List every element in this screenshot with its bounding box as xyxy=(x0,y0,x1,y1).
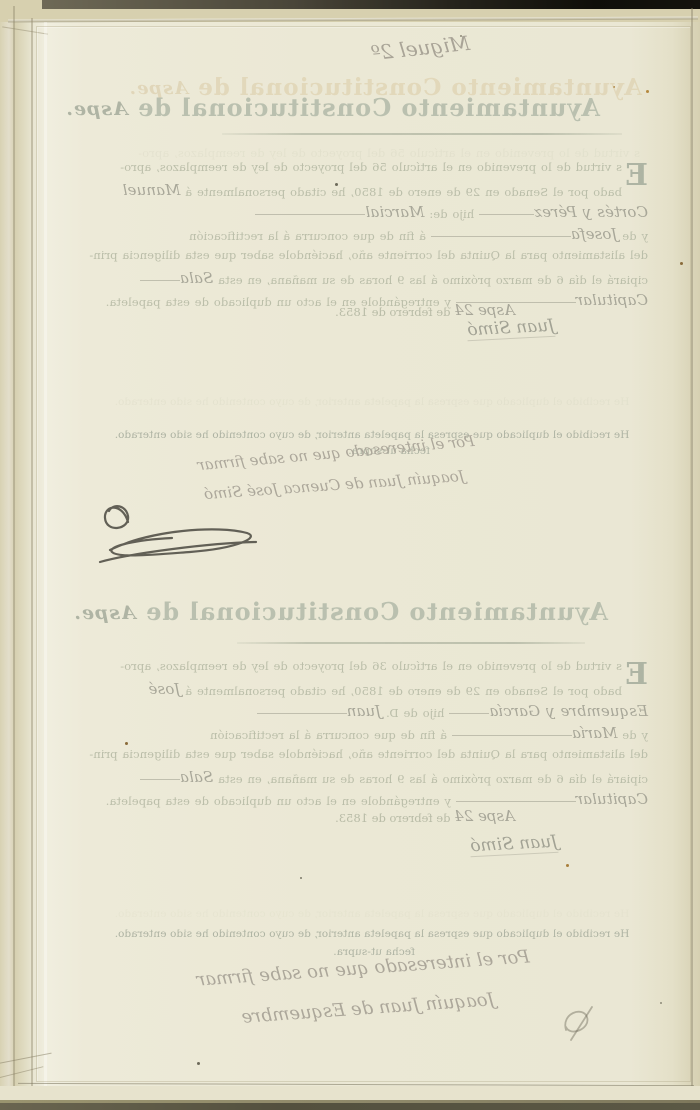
signature-rubric-flourish xyxy=(90,492,270,570)
form1-body-line: bado por el Senado en 29 de enero de 185… xyxy=(88,182,648,204)
printed-text: y de xyxy=(618,728,648,742)
form2-body-line: y de María á fin de que concurra á la re… xyxy=(88,725,648,747)
handwritten-fill: María xyxy=(572,724,618,742)
form2-body-line: cipiará el día 6 de marzo próximo á las … xyxy=(88,769,648,791)
form2-date-line: Aspe 24 de febrero de 1853. xyxy=(335,808,515,826)
form2-body-line: s virtud de lo prevenido en el artículo … xyxy=(88,659,648,681)
form1-date-line: Aspe 24 de febrero de 1853. xyxy=(335,302,515,320)
margin-note-handwritten: Miguel 2º xyxy=(370,31,471,65)
blank-rule xyxy=(456,800,576,802)
printed-text: hijo de D. xyxy=(381,706,449,720)
blank-rule xyxy=(257,712,347,714)
printed-text: y entregándole en el acto un duplicado d… xyxy=(106,794,456,808)
form2-body-line: del alistamiento para la Quinta del corr… xyxy=(88,747,648,769)
printed-text: s virtud de lo prevenido en el artículo … xyxy=(138,146,640,160)
form1-body-line: s virtud de lo prevenido en el artículo … xyxy=(88,160,648,182)
blank-rule xyxy=(255,213,365,215)
handwritten-fill: José xyxy=(148,680,180,698)
form2-body-paragraph: s virtud de lo prevenido en el artículo … xyxy=(88,659,648,813)
printed-text: del alistamiento para la Quinta del corr… xyxy=(89,248,648,262)
printed-text: bado por el Senado en 29 de enero de 185… xyxy=(180,185,622,199)
scanned-page: Miguel 2º Ayuntamiento Constitucional de… xyxy=(0,0,700,1110)
handwritten-fill: Sala xyxy=(180,269,213,287)
handwritten-fill: Sala xyxy=(180,768,213,786)
printed-text: y de xyxy=(618,229,648,243)
printed-text: de febrero de 1853. xyxy=(335,811,454,825)
handwritten-fill: Esquembre y García xyxy=(489,702,648,720)
handwritten-fill: Aspe. xyxy=(73,602,135,624)
printed-text: cipiará el día 6 de marzo próximo á las … xyxy=(213,273,648,287)
blank-rule xyxy=(479,213,534,215)
printed-text: s virtud de lo prevenido en el artículo … xyxy=(120,659,622,673)
form1-body-line: y de Josefa á fin de que concurra á la r… xyxy=(88,226,648,248)
printed-text: á fin de que concurra á la rectificación xyxy=(210,728,452,742)
handwritten-fill: Aspe 24 xyxy=(454,807,515,825)
form1-signature: Juan Simó xyxy=(467,316,556,342)
form2-body-line: bado por el Senado en 29 de enero de 185… xyxy=(88,681,648,703)
handwritten-fill: Marcial xyxy=(365,203,424,221)
handwritten-fill: Juan xyxy=(347,702,382,720)
form1-receipt-clause: He recibido el duplicado que espresa la … xyxy=(104,429,640,441)
form2-receipt-handwriting-2: Joaquín Juan de Esquembre xyxy=(241,989,496,1028)
printed-text: Ayuntamiento Constitucional de xyxy=(128,93,600,122)
blank-rule xyxy=(431,235,571,237)
printed-text: á fin de que concurra á la rectificación xyxy=(189,229,431,243)
printed-text: del alistamiento para la Quinta del corr… xyxy=(89,747,648,761)
printed-text: Ayuntamiento Constitucional de xyxy=(136,597,608,626)
printed-text: bado por el Senado en 29 de enero de 185… xyxy=(180,684,622,698)
form2-header-rule xyxy=(237,642,585,644)
form1-ghost-impression-line: s virtud de lo prevenido en el artículo … xyxy=(138,146,640,160)
blank-rule xyxy=(140,279,180,281)
blank-rule xyxy=(452,734,572,736)
handwritten-fill: Aspe 24 xyxy=(454,301,515,319)
handwritten-fill: Capitular xyxy=(576,291,648,309)
printed-text: de febrero de 1853. xyxy=(335,305,454,319)
printed-text: s virtud de lo prevenido en el artículo … xyxy=(120,160,622,174)
handwritten-fill: Aspe. xyxy=(65,98,127,120)
form1-header-title: Ayuntamiento Constitucional de Aspe. xyxy=(65,93,600,122)
form2-signature: Juan Simó xyxy=(470,832,559,858)
printed-text: cipiará el día 6 de marzo próximo á las … xyxy=(213,772,648,786)
printed-text: hijo de: xyxy=(424,207,479,221)
form1-body-line: del alistamiento para la Quinta del corr… xyxy=(88,248,648,270)
blank-rule xyxy=(449,712,489,714)
form1-receipt-ghost-line: He recibido el duplicado que espresa la … xyxy=(104,396,640,408)
form1-header-rule xyxy=(222,133,622,135)
handwritten-fill: Manuel xyxy=(123,181,181,199)
form2-receipt-clause: He recibido el duplicado que espresa la … xyxy=(104,928,640,940)
form2-body-line: Esquembre y García hijo de D. Juan xyxy=(88,703,648,725)
blank-rule xyxy=(140,778,180,780)
form2-receipt-ghost-line: He recibido el duplicado que espresa la … xyxy=(104,908,640,920)
form1-body-paragraph: s virtud de lo prevenido en el artículo … xyxy=(88,160,648,314)
handwritten-fill: Capitular xyxy=(576,790,648,808)
form2-header-title: Ayuntamiento Constitucional de Aspe. xyxy=(73,597,608,626)
form1-body-line: cipiará el día 6 de marzo próximo á las … xyxy=(88,270,648,292)
handwritten-fill: Cortés y Pérez xyxy=(534,203,648,221)
form1-body-line: Cortés y Pérez hijo de: Marcial xyxy=(88,204,648,226)
handwritten-fill: Josefa xyxy=(571,225,618,243)
small-rubric-flourish xyxy=(556,1000,602,1046)
